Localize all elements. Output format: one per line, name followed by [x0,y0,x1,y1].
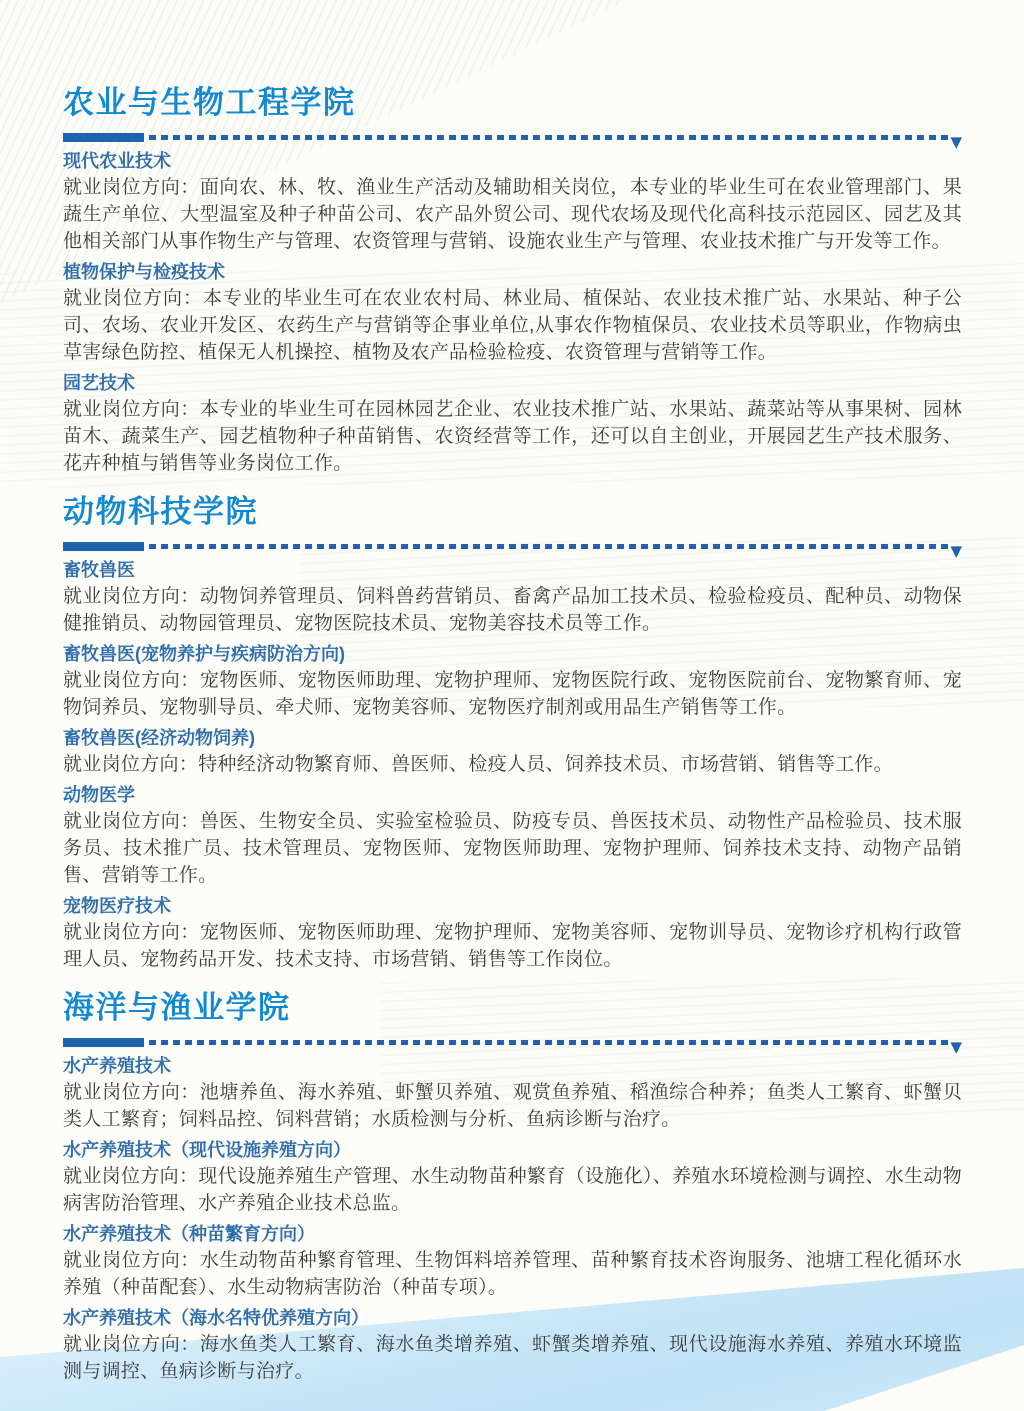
major-name: 宠物医疗技术 [63,895,962,917]
major-entry: 园艺技术 就业岗位方向：本专业的毕业生可在园林园艺企业、农业技术推广站、水果站、… [63,372,962,477]
major-jobs-text: 就业岗位方向：本专业的毕业生可在园林园艺企业、农业技术推广站、水果站、蔬菜站等从… [63,396,962,477]
major-jobs-text: 就业岗位方向：动物饲养管理员、饲料兽药营销员、畜禽产品加工技术员、检验检疫员、配… [63,583,962,637]
major-jobs-text: 就业岗位方向：水生动物苗种繁育管理、生物饵料培养管理、苗种繁育技术咨询服务、池塘… [63,1247,962,1301]
major-jobs-text: 就业岗位方向：现代设施养殖生产管理、水生动物苗种繁育（设施化）、养殖水环境检测与… [63,1163,962,1217]
major-name: 畜牧兽医(经济动物饲养) [63,727,962,749]
major-entry: 畜牧兽医 就业岗位方向：动物饲养管理员、饲料兽药营销员、畜禽产品加工技术员、检验… [63,559,962,637]
divider-bar [63,133,144,142]
content: 农业与生物工程学院 ▼ 现代农业技术 就业岗位方向：面向农、林、牧、渔业生产活动… [63,84,962,1385]
college-section: 农业与生物工程学院 ▼ 现代农业技术 就业岗位方向：面向农、林、牧、渔业生产活动… [63,84,962,477]
arrow-down-icon: ▼ [950,135,962,149]
major-jobs-text: 就业岗位方向：池塘养鱼、海水养殖、虾蟹贝养殖、观赏鱼养殖、稻渔综合种养；鱼类人工… [63,1079,962,1133]
major-entry: 动物医学 就业岗位方向：兽医、生物安全员、实验室检验员、防疫专员、兽医技术员、动… [63,784,962,889]
major-entry: 宠物医疗技术 就业岗位方向：宠物医师、宠物医师助理、宠物护理师、宠物美容师、宠物… [63,895,962,973]
college-section: 海洋与渔业学院 ▼ 水产养殖技术 就业岗位方向：池塘养鱼、海水养殖、虾蟹贝养殖、… [63,989,962,1385]
major-name: 畜牧兽医 [63,559,962,581]
divider-dashed-line [149,135,949,140]
major-name: 水产养殖技术（海水名特优养殖方向） [63,1307,962,1329]
brochure-page: 农业与生物工程学院 ▼ 现代农业技术 就业岗位方向：面向农、林、牧、渔业生产活动… [0,0,1024,1411]
divider-bar [63,542,144,551]
major-jobs-text: 就业岗位方向：海水鱼类人工繁育、海水鱼类增养殖、虾蟹类增养殖、现代设施海水养殖、… [63,1331,962,1385]
major-name: 水产养殖技术 [63,1055,962,1077]
divider-bar [63,1038,144,1047]
major-entry: 现代农业技术 就业岗位方向：面向农、林、牧、渔业生产活动及辅助相关岗位，本专业的… [63,150,962,255]
major-name: 植物保护与检疫技术 [63,261,962,283]
major-list: 畜牧兽医 就业岗位方向：动物饲养管理员、饲料兽药营销员、畜禽产品加工技术员、检验… [63,559,962,973]
section-divider: ▼ [63,130,962,144]
major-entry: 水产养殖技术（现代设施养殖方向） 就业岗位方向：现代设施养殖生产管理、水生动物苗… [63,1139,962,1217]
major-jobs-text: 就业岗位方向：宠物医师、宠物医师助理、宠物护理师、宠物美容师、宠物训导员、宠物诊… [63,919,962,973]
arrow-down-icon: ▼ [950,544,962,558]
college-section: 动物科技学院 ▼ 畜牧兽医 就业岗位方向：动物饲养管理员、饲料兽药营销员、畜禽产… [63,493,962,973]
major-list: 现代农业技术 就业岗位方向：面向农、林、牧、渔业生产活动及辅助相关岗位，本专业的… [63,150,962,477]
major-name: 动物医学 [63,784,962,806]
major-entry: 水产养殖技术（海水名特优养殖方向） 就业岗位方向：海水鱼类人工繁育、海水鱼类增养… [63,1307,962,1385]
major-entry: 畜牧兽医(宠物养护与疾病防治方向) 就业岗位方向：宠物医师、宠物医师助理、宠物护… [63,643,962,721]
college-title: 海洋与渔业学院 [63,989,962,1027]
major-list: 水产养殖技术 就业岗位方向：池塘养鱼、海水养殖、虾蟹贝养殖、观赏鱼养殖、稻渔综合… [63,1055,962,1385]
major-jobs-text: 就业岗位方向：特种经济动物繁育师、兽医师、检疫人员、饲养技术员、市场营销、销售等… [63,751,962,778]
major-entry: 畜牧兽医(经济动物饲养) 就业岗位方向：特种经济动物繁育师、兽医师、检疫人员、饲… [63,727,962,778]
major-name: 园艺技术 [63,372,962,394]
major-jobs-text: 就业岗位方向：本专业的毕业生可在农业农村局、林业局、植保站、农业技术推广站、水果… [63,285,962,366]
major-entry: 植物保护与检疫技术 就业岗位方向：本专业的毕业生可在农业农村局、林业局、植保站、… [63,261,962,366]
major-name: 现代农业技术 [63,150,962,172]
major-jobs-text: 就业岗位方向：面向农、林、牧、渔业生产活动及辅助相关岗位，本专业的毕业生可在农业… [63,174,962,255]
major-name: 水产养殖技术（现代设施养殖方向） [63,1139,962,1161]
college-title: 动物科技学院 [63,493,962,531]
section-divider: ▼ [63,1035,962,1049]
arrow-down-icon: ▼ [950,1040,962,1054]
major-jobs-text: 就业岗位方向：宠物医师、宠物医师助理、宠物护理师、宠物医院行政、宠物医院前台、宠… [63,667,962,721]
college-title: 农业与生物工程学院 [63,84,962,122]
major-name: 水产养殖技术（种苗繁育方向） [63,1223,962,1245]
divider-dashed-line [149,544,949,549]
section-divider: ▼ [63,539,962,553]
major-entry: 水产养殖技术（种苗繁育方向） 就业岗位方向：水生动物苗种繁育管理、生物饵料培养管… [63,1223,962,1301]
major-jobs-text: 就业岗位方向：兽医、生物安全员、实验室检验员、防疫专员、兽医技术员、动物性产品检… [63,808,962,889]
divider-dashed-line [149,1040,949,1045]
major-name: 畜牧兽医(宠物养护与疾病防治方向) [63,643,962,665]
major-entry: 水产养殖技术 就业岗位方向：池塘养鱼、海水养殖、虾蟹贝养殖、观赏鱼养殖、稻渔综合… [63,1055,962,1133]
